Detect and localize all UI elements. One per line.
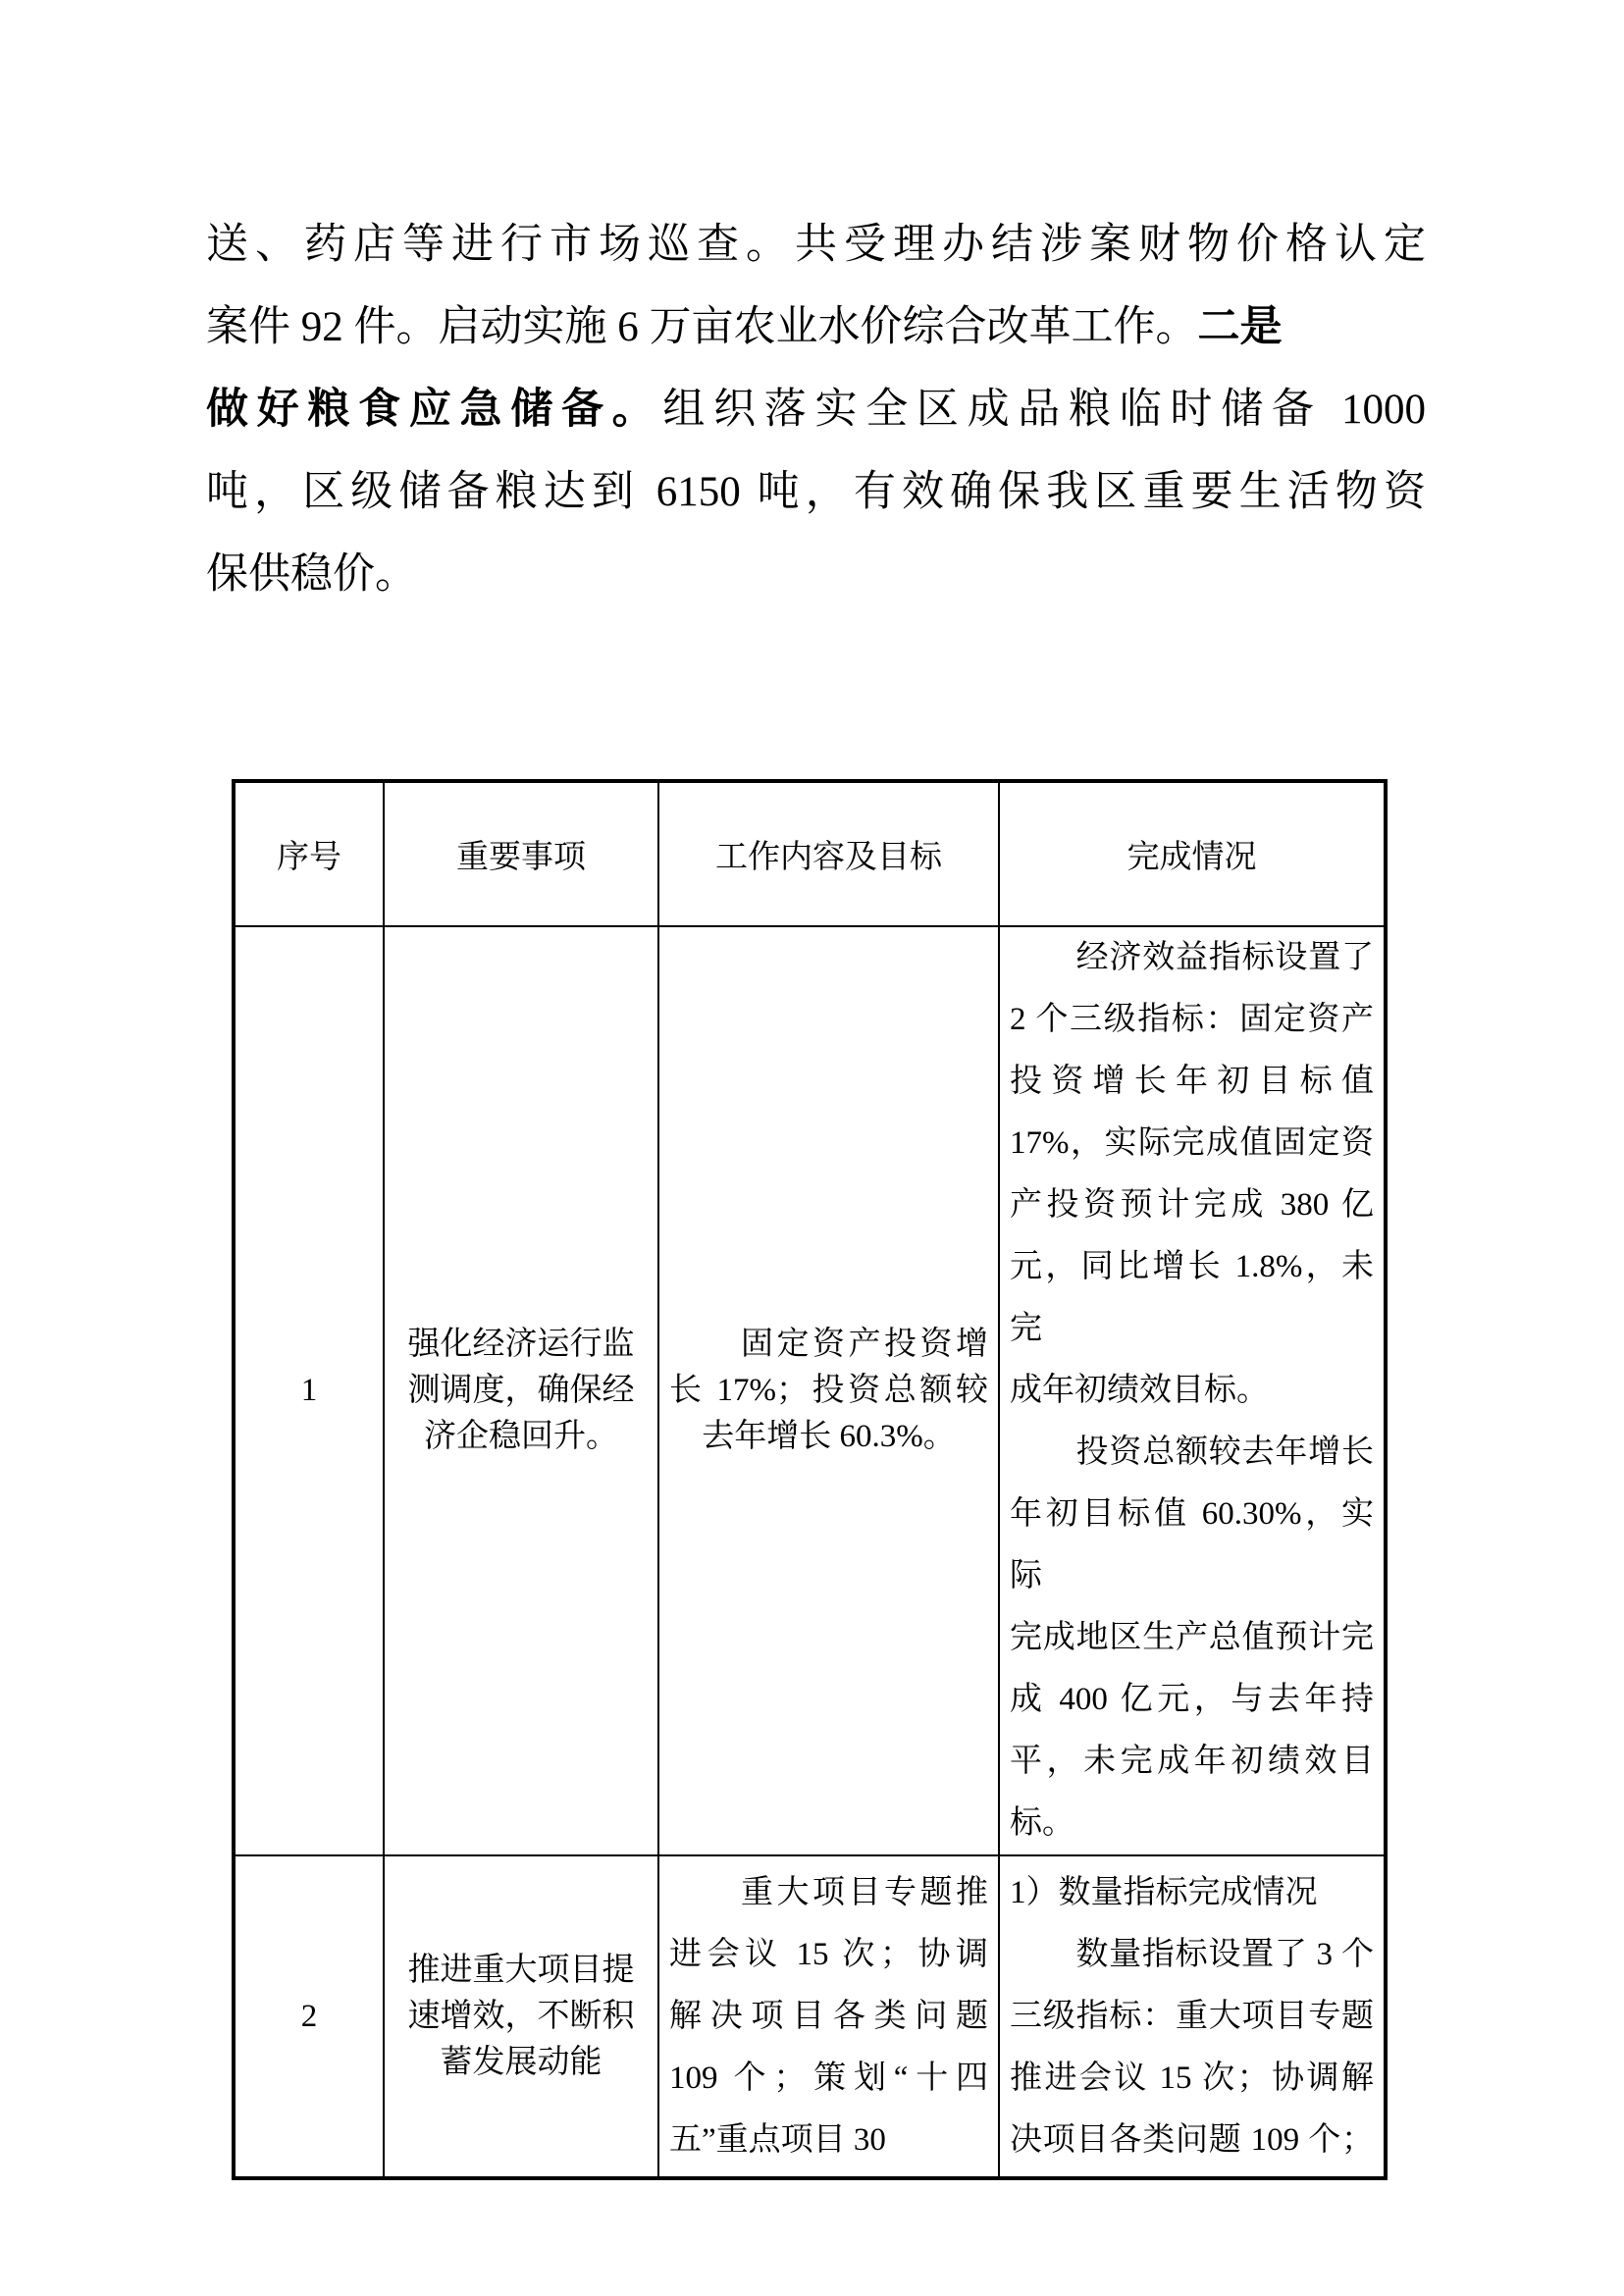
text-line: 案件 92 件。启动实施 6 万亩农业水价综合改革工作。二是 [206, 287, 1426, 369]
target-cell: 固定资产投资增长 17%；投资总额较去年增长 60.3%。 [658, 926, 999, 1855]
text-segment: 成 400 亿元，与去年持 [1010, 1682, 1374, 1717]
text-line: 重大项目专题推 [669, 1862, 988, 1924]
text-line: 成 400 亿元，与去年持 [1010, 1669, 1374, 1731]
text-line: 保供稳价。 [206, 534, 1426, 616]
text-segment: 年初目标值 60.30%，实际 [1010, 1496, 1374, 1593]
text-segment: 投资总额较去年增长 [1010, 1435, 1374, 1470]
text-segment: 测调度，确保经 [408, 1373, 635, 1408]
text-segment: 决项目各类问题 109 个； [1010, 2122, 1374, 2158]
text-segment: 济企稳回升。 [424, 1419, 618, 1454]
col-header-completion: 完成情况 [999, 781, 1386, 926]
text-segment: 五”重点项目 30 [669, 2122, 886, 2158]
text-segment: 重大项目专题推 [669, 1875, 988, 1910]
text-line: 推进会议 15 次；协调解 [1010, 2048, 1374, 2110]
text-line: 投资增长年初目标值 [1010, 1051, 1374, 1113]
text-line: 做好粮食应急储备。组织落实全区成品粮临时储备 1000 [206, 369, 1426, 451]
bold-text-segment: 二是 [1198, 304, 1283, 350]
table-header-row: 序号 重要事项 工作内容及目标 完成情况 [234, 781, 1386, 926]
summary-table-wrapper: 序号 重要事项 工作内容及目标 完成情况 1 强化经济运行监测调度，确保经济企稳… [232, 779, 1388, 2180]
item-cell: 推进重大项目提速增效，不断积蓄发展动能 [384, 1855, 658, 2178]
text-segment: 组织落实全区成品粮临时储备 1000 [662, 387, 1426, 433]
text-segment: 长 17%；投资总额较 [669, 1373, 988, 1408]
text-segment: 强化经济运行监 [408, 1327, 635, 1362]
text-segment: 109 个；策划“十四 [669, 2061, 988, 2096]
serial-cell: 2 [234, 1855, 384, 2178]
bold-text-segment: 做好粮食应急储备。 [206, 387, 662, 433]
text-line: 产投资预计完成 380 亿 [1010, 1174, 1374, 1236]
text-segment: 1）数量指标完成情况 [1010, 1875, 1318, 1910]
text-line: 蓄发展动能 [394, 2040, 648, 2086]
text-segment: 固定资产投资增 [669, 1327, 988, 1362]
text-segment: 投资增长年初目标值 [1010, 1064, 1374, 1099]
text-line: 决项目各类问题 109 个； [1010, 2110, 1374, 2171]
text-line: 完成地区生产总值预计完 [1010, 1607, 1374, 1669]
text-line: 投资总额较去年增长 [1010, 1422, 1374, 1484]
text-line: 成年初绩效目标。 [1010, 1360, 1374, 1422]
text-segment: 成年初绩效目标。 [1010, 1373, 1269, 1408]
text-line: 1）数量指标完成情况 [1010, 1862, 1374, 1924]
target-cell: 重大项目专题推进会议 15 次；协调解决项目各类问题109 个；策划“十四五”重… [658, 1855, 999, 2178]
text-line: 送、药店等进行市场巡查。共受理办结涉案财物价格认定 [206, 204, 1426, 287]
text-line: 109 个；策划“十四 [669, 2048, 988, 2110]
summary-table: 序号 重要事项 工作内容及目标 完成情况 1 强化经济运行监测调度，确保经济企稳… [232, 779, 1388, 2180]
text-line: 进会议 15 次；协调 [669, 1924, 988, 1986]
text-segment: 元，同比增长 1.8%，未完 [1010, 1249, 1374, 1346]
text-segment: 案件 92 件。启动实施 6 万亩农业水价综合改革工作。 [206, 304, 1198, 350]
table-row: 2 推进重大项目提速增效，不断积蓄发展动能 重大项目专题推进会议 15 次；协调… [234, 1855, 1386, 2178]
text-line: 强化经济运行监 [394, 1322, 648, 1368]
table-row: 1 强化经济运行监测调度，确保经济企稳回升。 固定资产投资增长 17%；投资总额… [234, 926, 1386, 1855]
text-segment: 产投资预计完成 380 亿 [1010, 1187, 1374, 1223]
text-segment: 保供稳价。 [206, 551, 417, 598]
text-segment: 吨，区级储备粮达到 6150 吨，有效确保我区重要生活物资 [206, 469, 1426, 515]
text-line: 解决项目各类问题 [669, 1986, 988, 2048]
text-line: 济企稳回升。 [394, 1414, 648, 1460]
text-segment: 经济效益指标设置了 [1010, 940, 1374, 975]
text-line: 固定资产投资增 [669, 1322, 988, 1368]
text-segment: 进会议 15 次；协调 [669, 1937, 988, 1972]
text-line: 五”重点项目 30 [669, 2110, 988, 2171]
text-segment: 去年增长 60.3%。 [702, 1419, 956, 1454]
text-line: 17%，实际完成值固定资 [1010, 1113, 1374, 1174]
text-line: 测调度，确保经 [394, 1368, 648, 1414]
text-segment: 蓄发展动能 [441, 2045, 602, 2080]
text-line: 年初目标值 60.30%，实际 [1010, 1484, 1374, 1607]
text-line: 三级指标：重大项目专题 [1010, 1986, 1374, 2048]
text-line: 数量指标设置了 3 个 [1010, 1924, 1374, 1986]
col-header-serial: 序号 [234, 781, 384, 926]
col-header-target: 工作内容及目标 [658, 781, 999, 926]
text-line: 经济效益指标设置了 [1010, 927, 1374, 989]
text-line: 长 17%；投资总额较 [669, 1368, 988, 1414]
text-line: 2 个三级指标：固定资产 [1010, 989, 1374, 1051]
text-line: 速增效，不断积 [394, 1994, 648, 2040]
text-segment: 三级指标：重大项目专题 [1010, 1999, 1374, 2034]
text-line: 标。 [1010, 1793, 1374, 1854]
text-line: 推进重大项目提 [394, 1948, 648, 1994]
text-segment: 解决项目各类问题 [669, 1999, 988, 2034]
text-segment: 完成地区生产总值预计完 [1010, 1620, 1374, 1655]
completion-cell: 1）数量指标完成情况 数量指标设置了 3 个三级指标：重大项目专题推进会议 15… [999, 1855, 1386, 2178]
document-page: 送、药店等进行市场巡查。共受理办结涉案财物价格认定案件 92 件。启动实施 6 … [0, 0, 1624, 2296]
body-paragraph: 送、药店等进行市场巡查。共受理办结涉案财物价格认定案件 92 件。启动实施 6 … [206, 204, 1426, 616]
col-header-item: 重要事项 [384, 781, 658, 926]
text-line: 去年增长 60.3%。 [669, 1414, 988, 1460]
text-segment: 数量指标设置了 3 个 [1010, 1937, 1374, 1972]
text-segment: 17%，实际完成值固定资 [1010, 1125, 1374, 1161]
item-cell: 强化经济运行监测调度，确保经济企稳回升。 [384, 926, 658, 1855]
serial-cell: 1 [234, 926, 384, 1855]
text-line: 吨，区级储备粮达到 6150 吨，有效确保我区重要生活物资 [206, 451, 1426, 534]
text-segment: 推进重大项目提 [408, 1953, 635, 1988]
text-segment: 送、药店等进行市场巡查。共受理办结涉案财物价格认定 [206, 222, 1426, 268]
text-line: 平，未完成年初绩效目 [1010, 1731, 1374, 1793]
text-segment: 2 个三级指标：固定资产 [1010, 1002, 1374, 1037]
text-segment: 推进会议 15 次；协调解 [1010, 2061, 1374, 2096]
text-segment: 标。 [1010, 1805, 1074, 1841]
text-line: 元，同比增长 1.8%，未完 [1010, 1236, 1374, 1360]
text-segment: 平，未完成年初绩效目 [1010, 1744, 1374, 1779]
completion-cell: 经济效益指标设置了2 个三级指标：固定资产投资增长年初目标值17%，实际完成值固… [999, 926, 1386, 1855]
text-segment: 速增效，不断积 [408, 1999, 635, 2034]
